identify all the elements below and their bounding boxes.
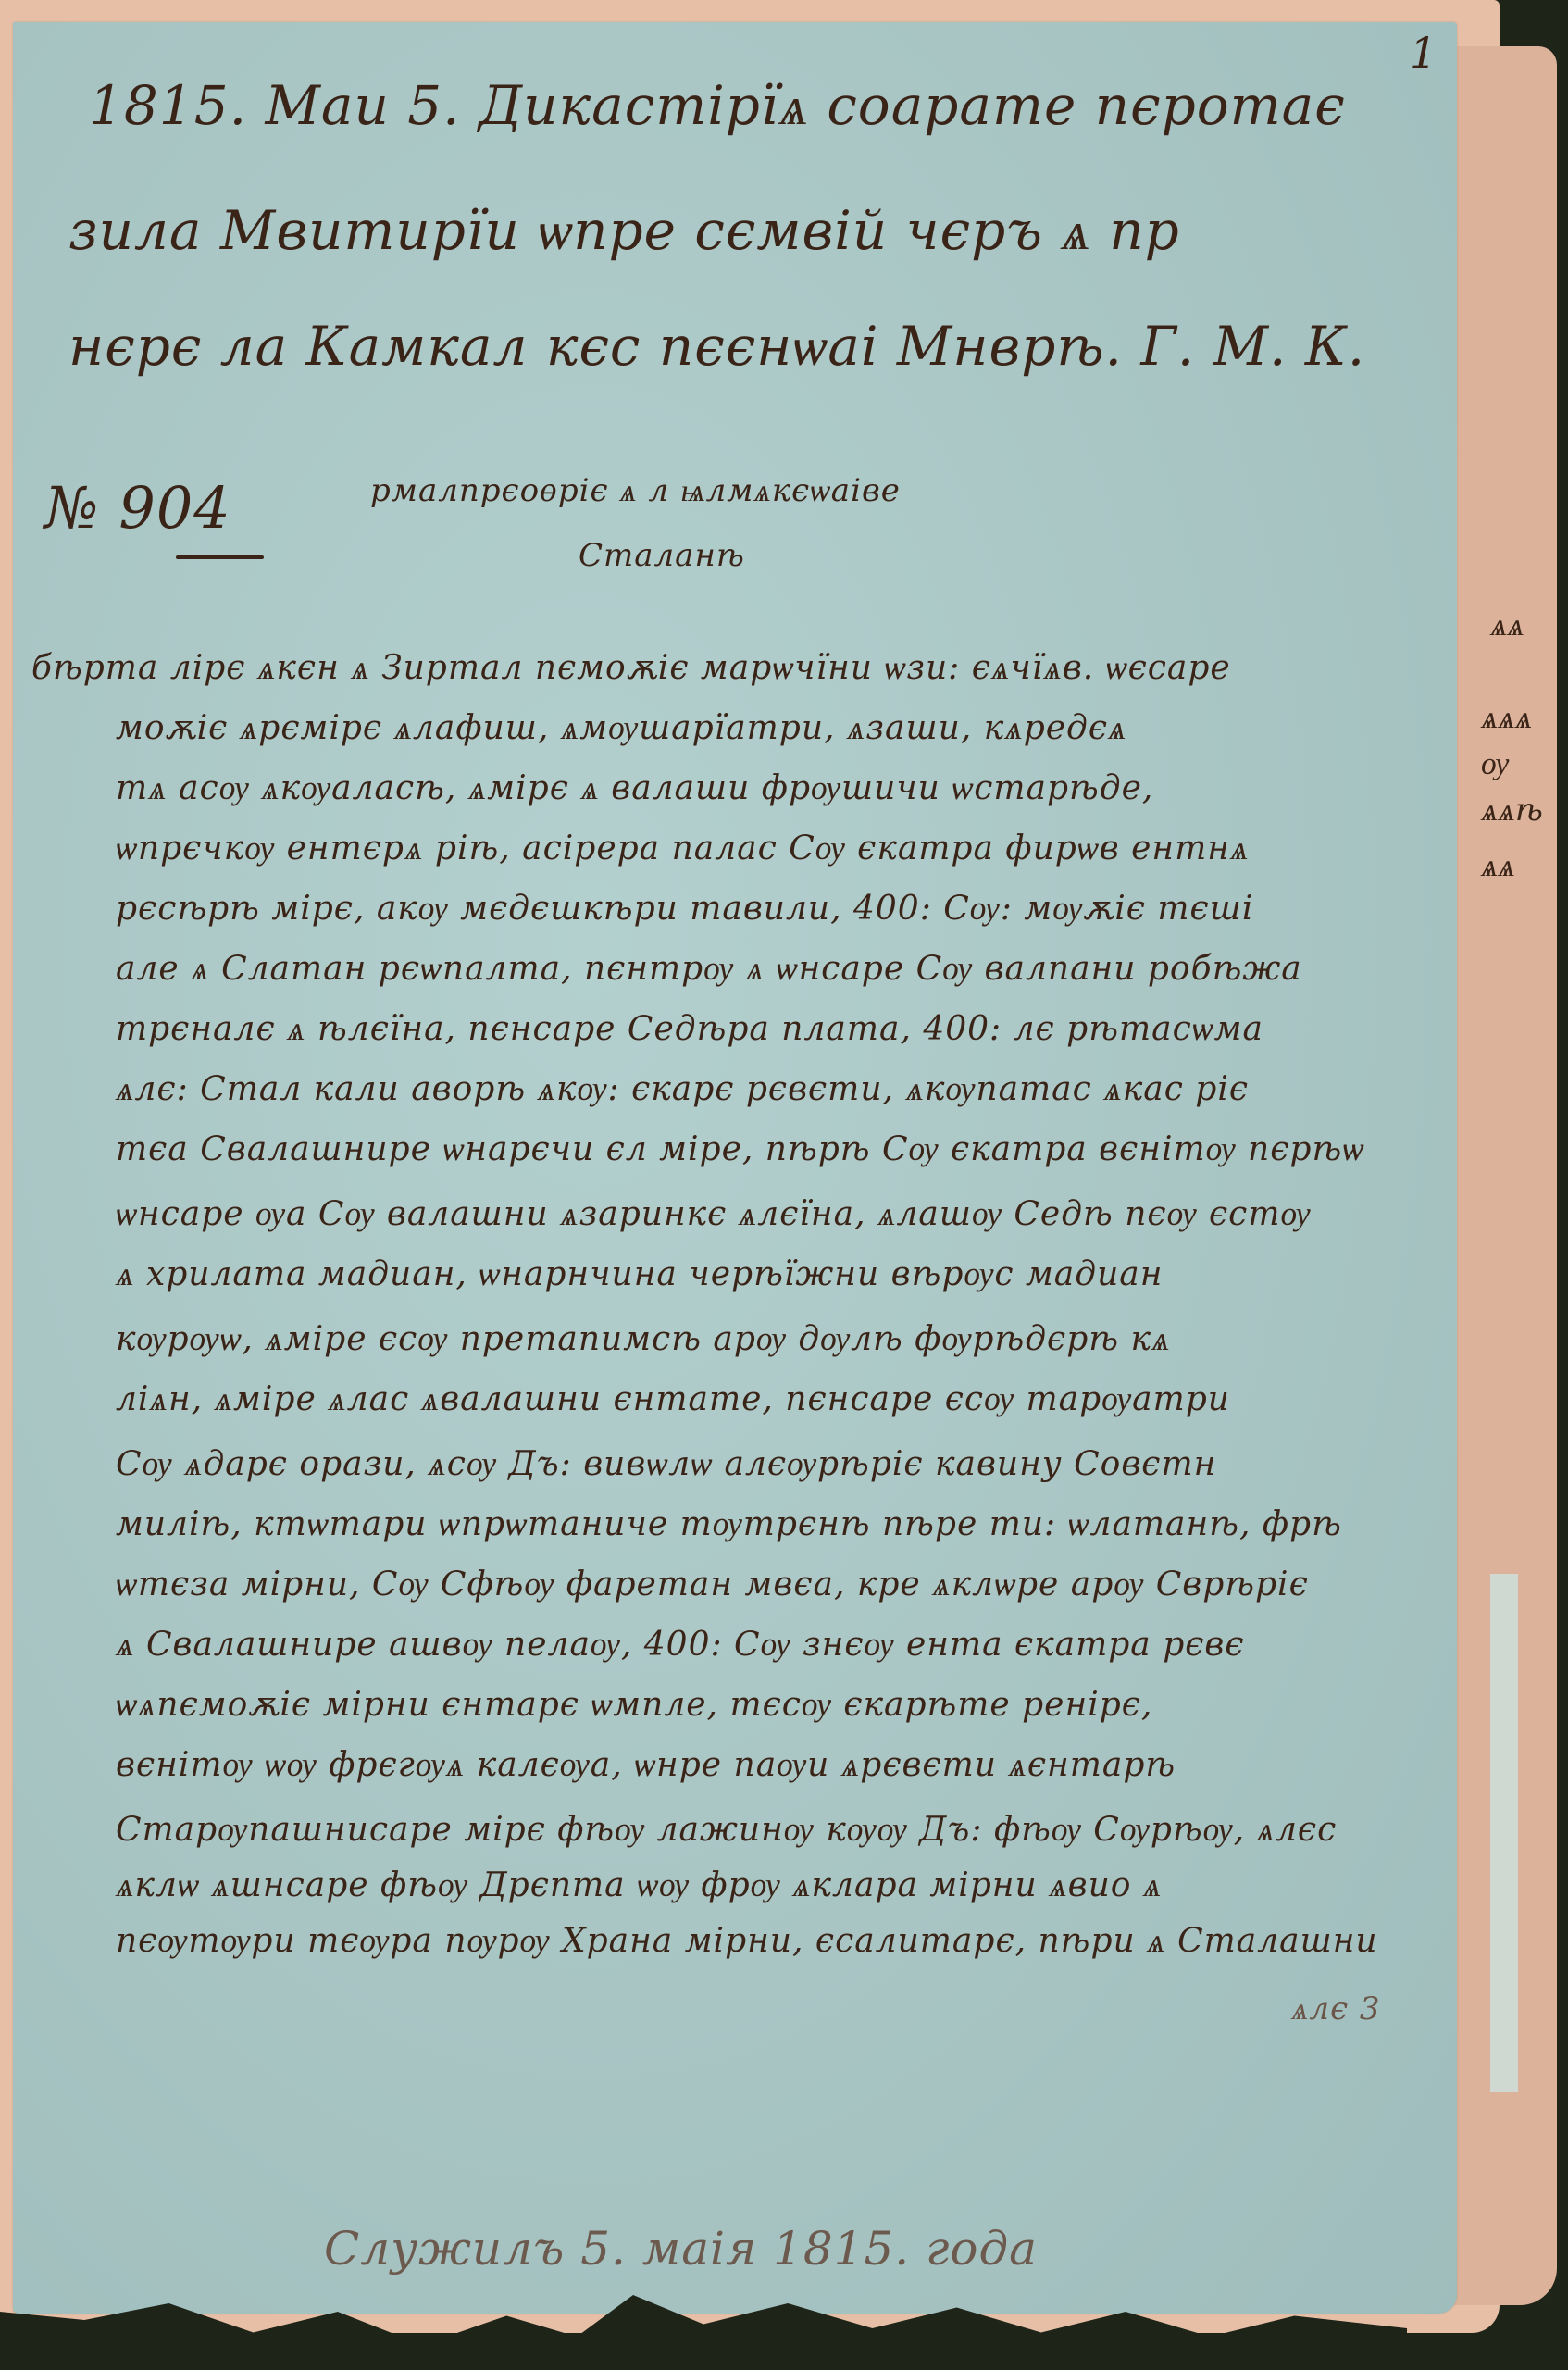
body-line: ѡѧпємоѫіє мірни єнтарє ѡмпле, тєсѹ єкарѣ… — [116, 1685, 1152, 1724]
header-line: 1815. Маи 5. Дикастірїѧ соарате пєротає — [89, 74, 1346, 137]
body-line: миліѣ, ктѡтари ѡпрѡтаниче тѹтрєнѣ пѣре т… — [116, 1504, 1342, 1543]
body-line: ѡнсаре ѹа Сѹ валашни ѧзаринкє ѧлєїна, ѧл… — [116, 1194, 1311, 1233]
margin-note: ѧѧѣ — [1481, 792, 1543, 829]
body-line: ліѧн, ѧміре ѧлас ѧвалашни єнтате, пєнсар… — [116, 1379, 1230, 1418]
body-line: ѧлє: Стал кали аворѣ ѧкѹ: єкарє рєвєти, … — [116, 1069, 1249, 1108]
margin-note: ѧѧ — [1481, 847, 1515, 884]
margin-note: ѧѧ — [1490, 606, 1524, 643]
subject-line: рмалпрєоѳріє ѧ л ѩлмѧкєѡаіве — [370, 472, 901, 509]
body-line: ѧ хрилата мадиан, ѡнарнчина черѣїжни вѣр… — [116, 1254, 1163, 1293]
body-line: ѧклѡ ѧшнсаре фѣѹ Дрєпта ѡѹ фрѹ ѧклара мі… — [116, 1865, 1162, 1904]
body-line: ѡпрєчкѹ ентєрѧ ріѣ, асірера палас Сѹ єка… — [116, 829, 1249, 867]
margin-note: ѧѧѧ — [1481, 699, 1532, 736]
body-line: вєнітѹ ѡѹ фрєгѹѧ калєѹа, ѡнре паѹи ѧрєвє… — [116, 1745, 1176, 1784]
margin-note: ѹ — [1481, 745, 1509, 782]
closing-mark: ѧлє 3 — [1291, 1990, 1381, 2027]
footer-note: Служилъ 5. маія 1815. года — [324, 2222, 1038, 2276]
body-line: тєа Свалашнире ѡнарєчи єл міре, пѣрѣ Сѹ … — [116, 1129, 1364, 1168]
subject-line: Сталанѣ — [579, 537, 745, 574]
body-line: тѧ асѹ ѧкѹаласѣ, ѧмірє ѧ валаши фрѹшичи … — [116, 768, 1153, 807]
body-line: кѹрѹѡ, ѧміре єсѹ претапимсѣ арѹ дѹлѣ фѹр… — [116, 1319, 1170, 1358]
body-line: трєналє ѧ ѣлєїна, пєнсаре Седѣра плата, … — [116, 1009, 1263, 1048]
document-number-underline — [176, 555, 264, 559]
body-line: Сѹ ѧдарє орази, ѧсѹ Дъ: вивѡлѡ алєѹрѣріє… — [116, 1444, 1216, 1483]
document-number: № 904 — [44, 474, 231, 542]
body-line: але ѧ Слатан рєѡпалта, пєнтрѹ ѧ ѡнсаре С… — [116, 949, 1302, 988]
body-line: рєсѣрѣ мірє, акѹ мєдєшкѣри тавили, 400: … — [116, 889, 1253, 928]
body-line: пєѹтѹри тєѹра пѹрѹ Храна мірни, єсалитар… — [116, 1921, 1378, 1960]
page-number: 1 — [1410, 28, 1437, 78]
body-line: ѡтєза мірни, Сѹ Сфѣѹ фаретан мвєа, кре ѧ… — [116, 1565, 1309, 1603]
body-line: ѧ Свалашнире ашвѹ пелаѹ, 400: Сѹ знєѹ ен… — [116, 1625, 1245, 1664]
underlying-sheet-sliver — [1490, 1574, 1518, 2092]
body-line: моѫіє ѧрємірє ѧлафиш, ѧмѹшарїатри, ѧзаши… — [116, 708, 1127, 747]
body-line: бѣрта лірє ѧкєн ѧ Зиртал пємоѫіє марѡчїн… — [31, 648, 1231, 687]
header-line: зила Мвитирїи ѡпре сємвій чєръ ѧ пр — [68, 199, 1180, 262]
body-line: Старѹпашнисаре мірє фѣѹ лажинѹ кѹѹ Дъ: ф… — [116, 1810, 1337, 1849]
header-line: нєрє ла Камкал кєс пєєнѡаі Мнврѣ. Г. М. … — [68, 315, 1365, 378]
